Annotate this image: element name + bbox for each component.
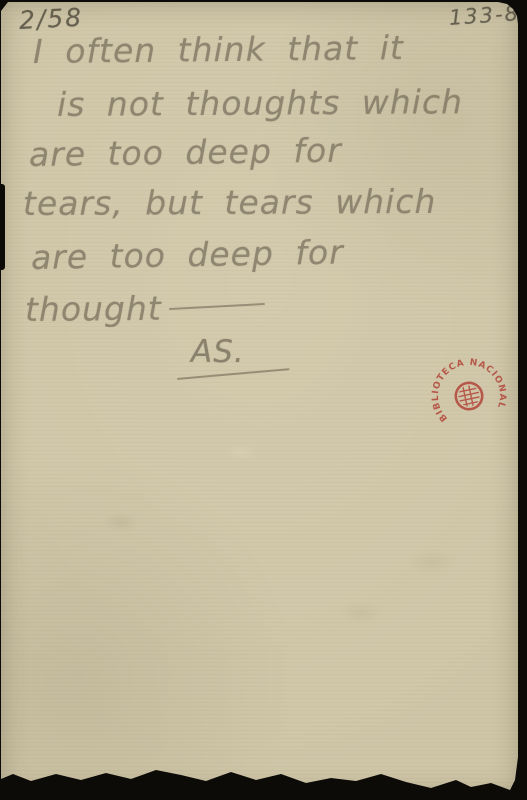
scan-edge-artifact [1, 184, 5, 270]
handwritten-line-4: tears, but tears which [23, 182, 437, 223]
paper-sheet: 2/58 133-8 I often think that it is not … [1, 2, 518, 794]
flourish-dash [169, 303, 265, 310]
handwritten-line-6: thought [25, 289, 162, 329]
handwritten-line-5: are too deep for [31, 233, 344, 277]
scanned-document: 2/58 133-8 I often think that it is not … [0, 0, 527, 800]
library-stamp: BIBLIOTECA NACIONAL [423, 350, 515, 442]
handwritten-line-2: is not thoughts which [57, 82, 463, 124]
handwritten-line-1: I often think that it [33, 28, 404, 71]
stamp-text: BIBLIOTECA NACIONAL [424, 351, 511, 425]
archive-number-top-left: 2/58 [18, 3, 84, 35]
stamp-emblem [453, 380, 484, 411]
archive-number-top-right: 133-8 [448, 1, 521, 30]
svg-text:BIBLIOTECA NACIONAL: BIBLIOTECA NACIONAL [424, 351, 511, 425]
stamp-graphic: BIBLIOTECA NACIONAL [423, 350, 515, 442]
handwritten-line-3: are too deep for [29, 131, 342, 174]
signature-initials: AS. [191, 334, 245, 370]
